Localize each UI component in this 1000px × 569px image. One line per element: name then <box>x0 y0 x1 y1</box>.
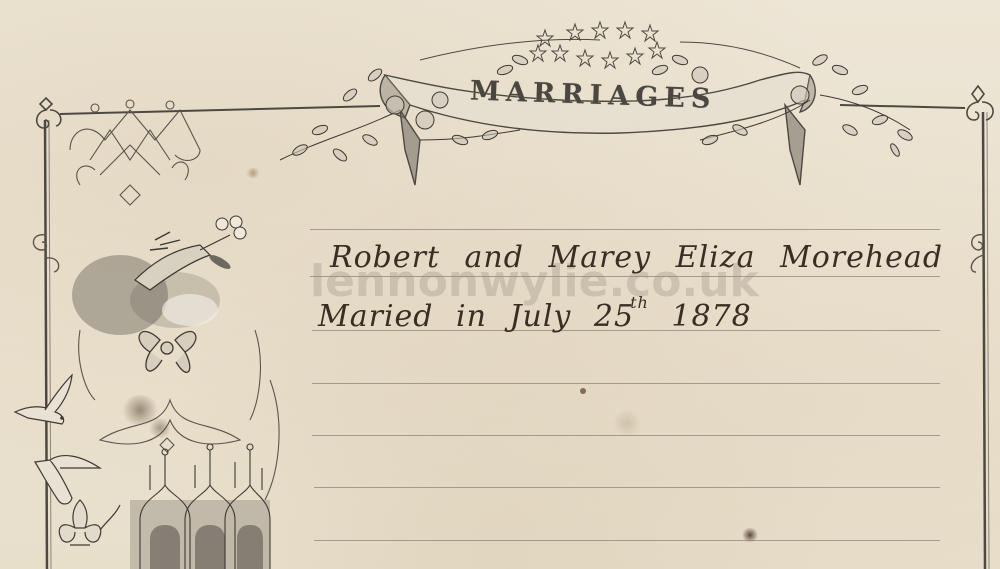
corner-scroll-right-icon <box>967 86 993 120</box>
date-ordinal-suffix: th <box>630 293 649 312</box>
ruled-line <box>312 383 940 384</box>
ribbon-bow-icon <box>139 332 196 373</box>
document-page: MARRIAGES lennonwylie.co.uk Robert and M… <box>0 0 1000 569</box>
ruled-line <box>312 435 940 436</box>
hand-holding-flowers-icon <box>72 216 246 335</box>
handwritten-names: Robert and Marey Eliza Morehead <box>330 240 943 275</box>
ruled-line <box>310 229 940 230</box>
gothic-arches-icon <box>130 444 270 569</box>
ruled-line <box>314 487 940 488</box>
handwritten-marriage-date: Maried in July 25th 1878 <box>318 293 752 334</box>
date-year: 1878 <box>671 299 751 334</box>
dove-upper-icon <box>15 375 72 424</box>
dove-lower-icon <box>35 456 100 504</box>
ribbon-scroll-icon <box>380 39 815 185</box>
knotwork-ornament-icon <box>70 100 200 205</box>
fleur-de-lis-icon <box>59 500 120 545</box>
date-prefix: Maried in July 25 <box>318 299 634 334</box>
stars-arc-icon <box>530 22 665 68</box>
ruled-line <box>314 540 940 541</box>
corner-scroll-left-icon <box>37 98 61 128</box>
